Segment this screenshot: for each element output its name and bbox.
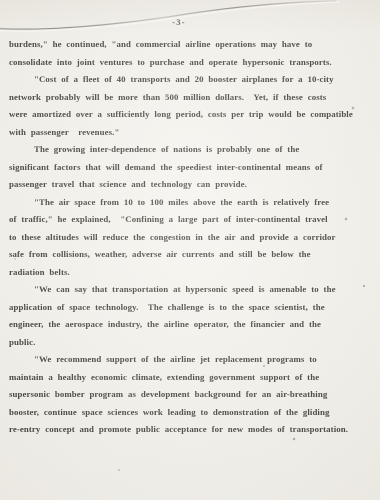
- text-line: maintain a healthy economic climate, ext…: [9, 369, 371, 387]
- text-line: "The air space from 10 to 100 miles abov…: [9, 194, 371, 212]
- text-line: passenger travel that science and techno…: [9, 176, 371, 194]
- text-line: "We recommend support of the airline jet…: [9, 351, 371, 369]
- paragraph: burdens," he continued, "and commercial …: [9, 36, 371, 71]
- text-line: significant factors that will demand the…: [9, 159, 371, 177]
- text-line: network probably will be more than 500 m…: [9, 89, 371, 107]
- text-line: The growing inter-dependence of nations …: [9, 141, 371, 159]
- paragraph: "We can say that transportation at hyper…: [9, 281, 371, 351]
- text-line: booster, continue space sciences work le…: [9, 404, 371, 422]
- paragraph: "The air space from 10 to 100 miles abov…: [9, 194, 371, 282]
- text-line: to these altitudes will reduce the conge…: [9, 229, 371, 247]
- text-line: "Cost of a fleet of 40 transports and 20…: [9, 71, 371, 89]
- text-line: supersonic bomber program as development…: [9, 386, 371, 404]
- document-text-block: burdens," he continued, "and commercial …: [9, 36, 371, 439]
- text-line: safe from collisions, weather, adverse a…: [9, 246, 371, 264]
- text-line: were amortized over a sufficiently long …: [9, 106, 371, 124]
- paragraph: The growing inter-dependence of nations …: [9, 141, 371, 194]
- text-line: "We can say that transportation at hyper…: [9, 281, 371, 299]
- text-line: re-entry concept and promote public acce…: [9, 421, 371, 439]
- paragraph: "We recommend support of the airline jet…: [9, 351, 371, 439]
- page-number: -3-: [0, 17, 358, 27]
- scanned-document-page: -3- burdens," he continued, "and commerc…: [0, 0, 380, 500]
- text-line: public.: [9, 334, 371, 352]
- text-line: burdens," he continued, "and commercial …: [9, 36, 371, 54]
- text-line: of traffic," he explained, "Confining a …: [9, 211, 371, 229]
- text-line: with passenger revenues.": [9, 124, 371, 142]
- text-line: consolidate into joint ventures to purch…: [9, 54, 371, 72]
- scan-speck-noise: [0, 0, 2, 2]
- text-line: engineer, the aerospace industry, the ai…: [9, 316, 371, 334]
- text-line: radiation belts.: [9, 264, 371, 282]
- paragraph: "Cost of a fleet of 40 transports and 20…: [9, 71, 371, 141]
- text-line: application of space technology. The cha…: [9, 299, 371, 317]
